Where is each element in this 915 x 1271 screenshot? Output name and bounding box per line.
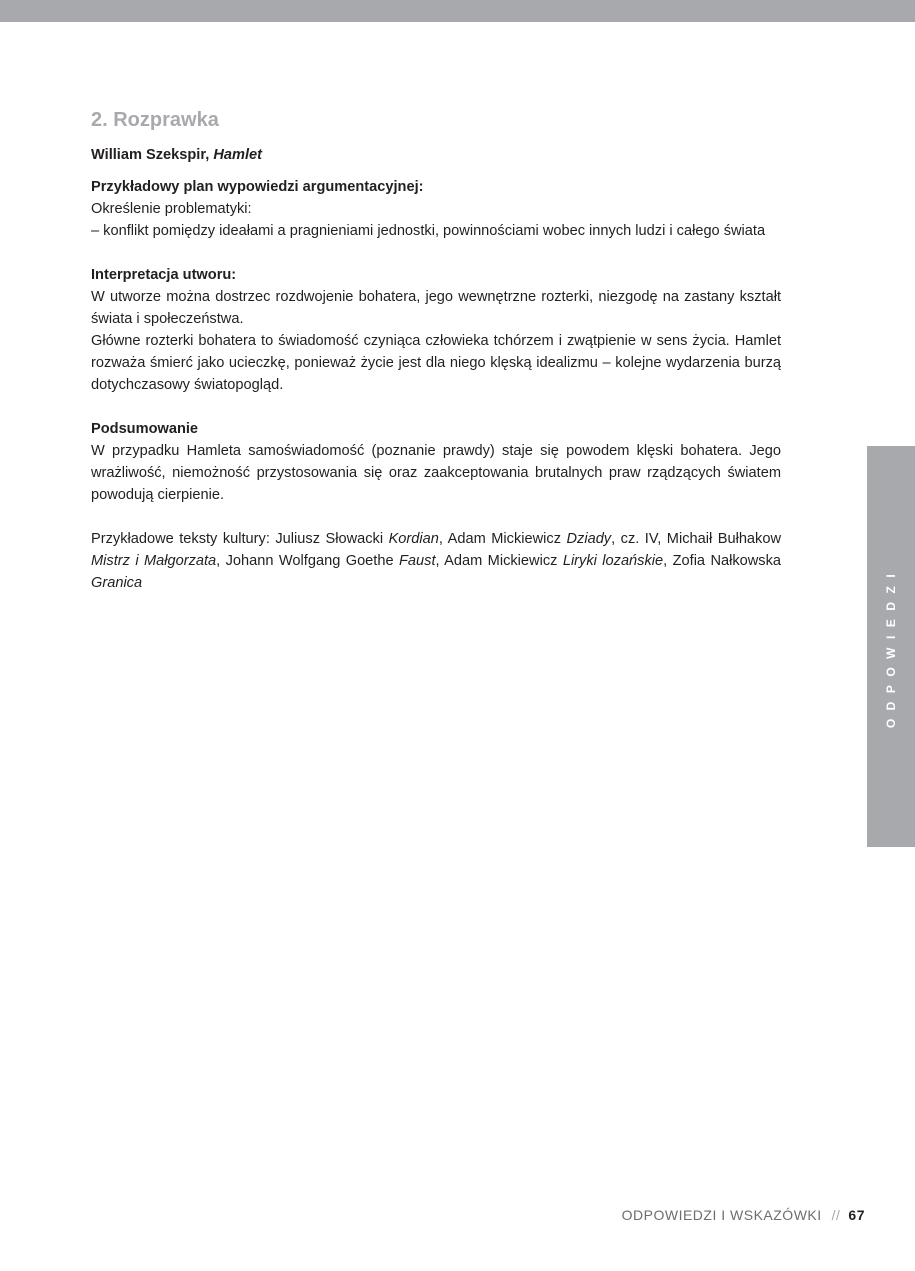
footer-separator: // bbox=[832, 1207, 841, 1223]
interpretation-heading: Interpretacja utworu: bbox=[91, 264, 781, 286]
work-name: Hamlet bbox=[213, 147, 262, 163]
culture-texts: Przykładowe teksty kultury: Juliusz Słow… bbox=[91, 528, 781, 594]
culture-text-fragment: , Adam Mickiewicz bbox=[439, 531, 567, 547]
side-tab-label: ODPOWIEDZI bbox=[884, 565, 898, 727]
culture-work-title: Granica bbox=[91, 575, 142, 591]
side-tab: ODPOWIEDZI bbox=[867, 446, 915, 847]
interpretation-paragraph: W utworze można dostrzec rozdwojenie boh… bbox=[91, 286, 781, 330]
interpretation-paragraph: Główne rozterki bohatera to świadomość c… bbox=[91, 330, 781, 396]
culture-work-title: Faust bbox=[399, 553, 436, 569]
plan-heading: Przykładowy plan wypowiedzi argumentacyj… bbox=[91, 176, 781, 198]
culture-work-title: Liryki lozańskie bbox=[563, 553, 663, 569]
top-bar bbox=[0, 0, 915, 22]
culture-text-fragment: , Zofia Nałkowska bbox=[663, 553, 781, 569]
culture-work-title: Dziady bbox=[567, 531, 612, 547]
culture-work-title: Mistrz i Małgorzata bbox=[91, 553, 216, 569]
summary-heading: Podsumowanie bbox=[91, 418, 781, 440]
section-title: 2. Rozprawka bbox=[91, 106, 781, 134]
work-title: William Szekspir, Hamlet bbox=[91, 144, 781, 166]
page-number: 67 bbox=[848, 1207, 865, 1223]
culture-text-fragment: , Johann Wolfgang Goethe bbox=[216, 553, 399, 569]
plan-subheading: Określenie problematyki: bbox=[91, 198, 781, 220]
culture-text-fragment: , Adam Mickiewicz bbox=[436, 553, 563, 569]
footer: ODPOWIEDZI I WSKAZÓWKI//67 bbox=[622, 1207, 865, 1223]
plan-item: – konflikt pomiędzy ideałami a pragnieni… bbox=[91, 220, 781, 242]
culture-texts-intro: Przykładowe teksty kultury: Juliusz Słow… bbox=[91, 531, 389, 547]
culture-text-fragment: , cz. IV, Michaił Bułhakow bbox=[611, 531, 781, 547]
author-name: William Szekspir, bbox=[91, 147, 209, 163]
footer-label: ODPOWIEDZI I WSKAZÓWKI bbox=[622, 1207, 822, 1223]
culture-work-title: Kordian bbox=[389, 531, 439, 547]
page-content: 2. Rozprawka William Szekspir, Hamlet Pr… bbox=[91, 106, 781, 594]
summary-text: W przypadku Hamleta samoświadomość (pozn… bbox=[91, 440, 781, 506]
